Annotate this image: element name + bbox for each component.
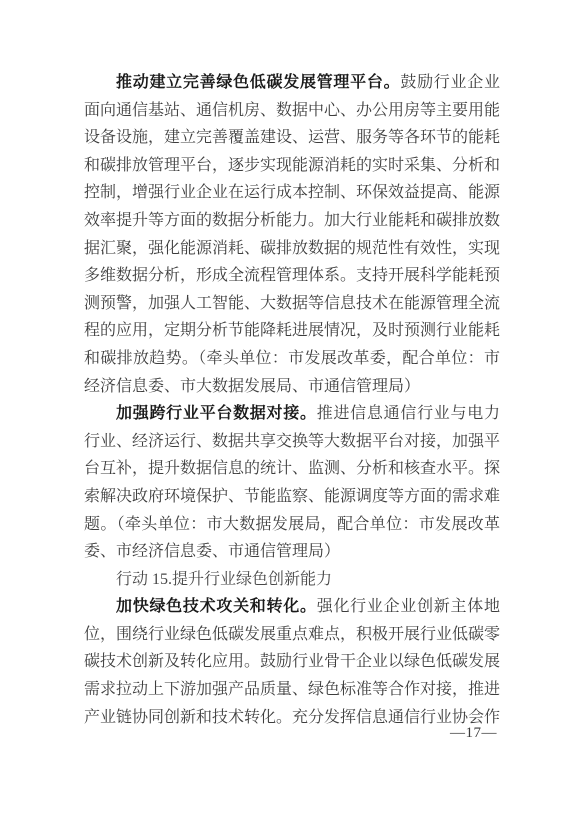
page-number: —17— [450, 725, 497, 742]
document-body: 推动建立完善绿色低碳发展管理平台。鼓励行业企业面向通信基站、通信机房、数据中心、… [84, 69, 500, 731]
document-page: 推动建立完善绿色低碳发展管理平台。鼓励行业企业面向通信基站、通信机房、数据中心、… [0, 0, 578, 818]
para-lead-green-management-platform: 推动建立完善绿色低碳发展管理平台。 [116, 74, 400, 91]
para-text-green-management-platform: 鼓励行业企业面向通信基站、通信机房、数据中心、办公用房等主要用能设备设施，建立完… [84, 74, 500, 395]
para-lead-green-tech-transfer: 加快绿色技术攻关和转化。 [116, 598, 317, 615]
para-green-management-platform: 推动建立完善绿色低碳发展管理平台。鼓励行业企业面向通信基站、通信机房、数据中心、… [84, 69, 500, 400]
para-green-tech-transfer: 加快绿色技术攻关和转化。强化行业企业创新主体地位，围绕行业绿色低碳发展重点难点，… [84, 593, 500, 731]
para-lead-cross-industry-data-link: 加强跨行业平台数据对接。 [116, 405, 317, 422]
para-cross-industry-data-link: 加强跨行业平台数据对接。推进信息通信行业与电力行业、经济运行、数据共享交换等大数… [84, 400, 500, 566]
para-text-cross-industry-data-link: 推进信息通信行业与电力行业、经济运行、数据共享交换等大数据平台对接，加强平台互补… [84, 405, 500, 560]
para-text-green-tech-transfer: 强化行业企业创新主体地位，围绕行业绿色低碳发展重点难点，积极开展行业低碳零碳技术… [84, 598, 500, 725]
action-15-heading: 行动 15.提升行业绿色创新能力 [84, 566, 500, 594]
